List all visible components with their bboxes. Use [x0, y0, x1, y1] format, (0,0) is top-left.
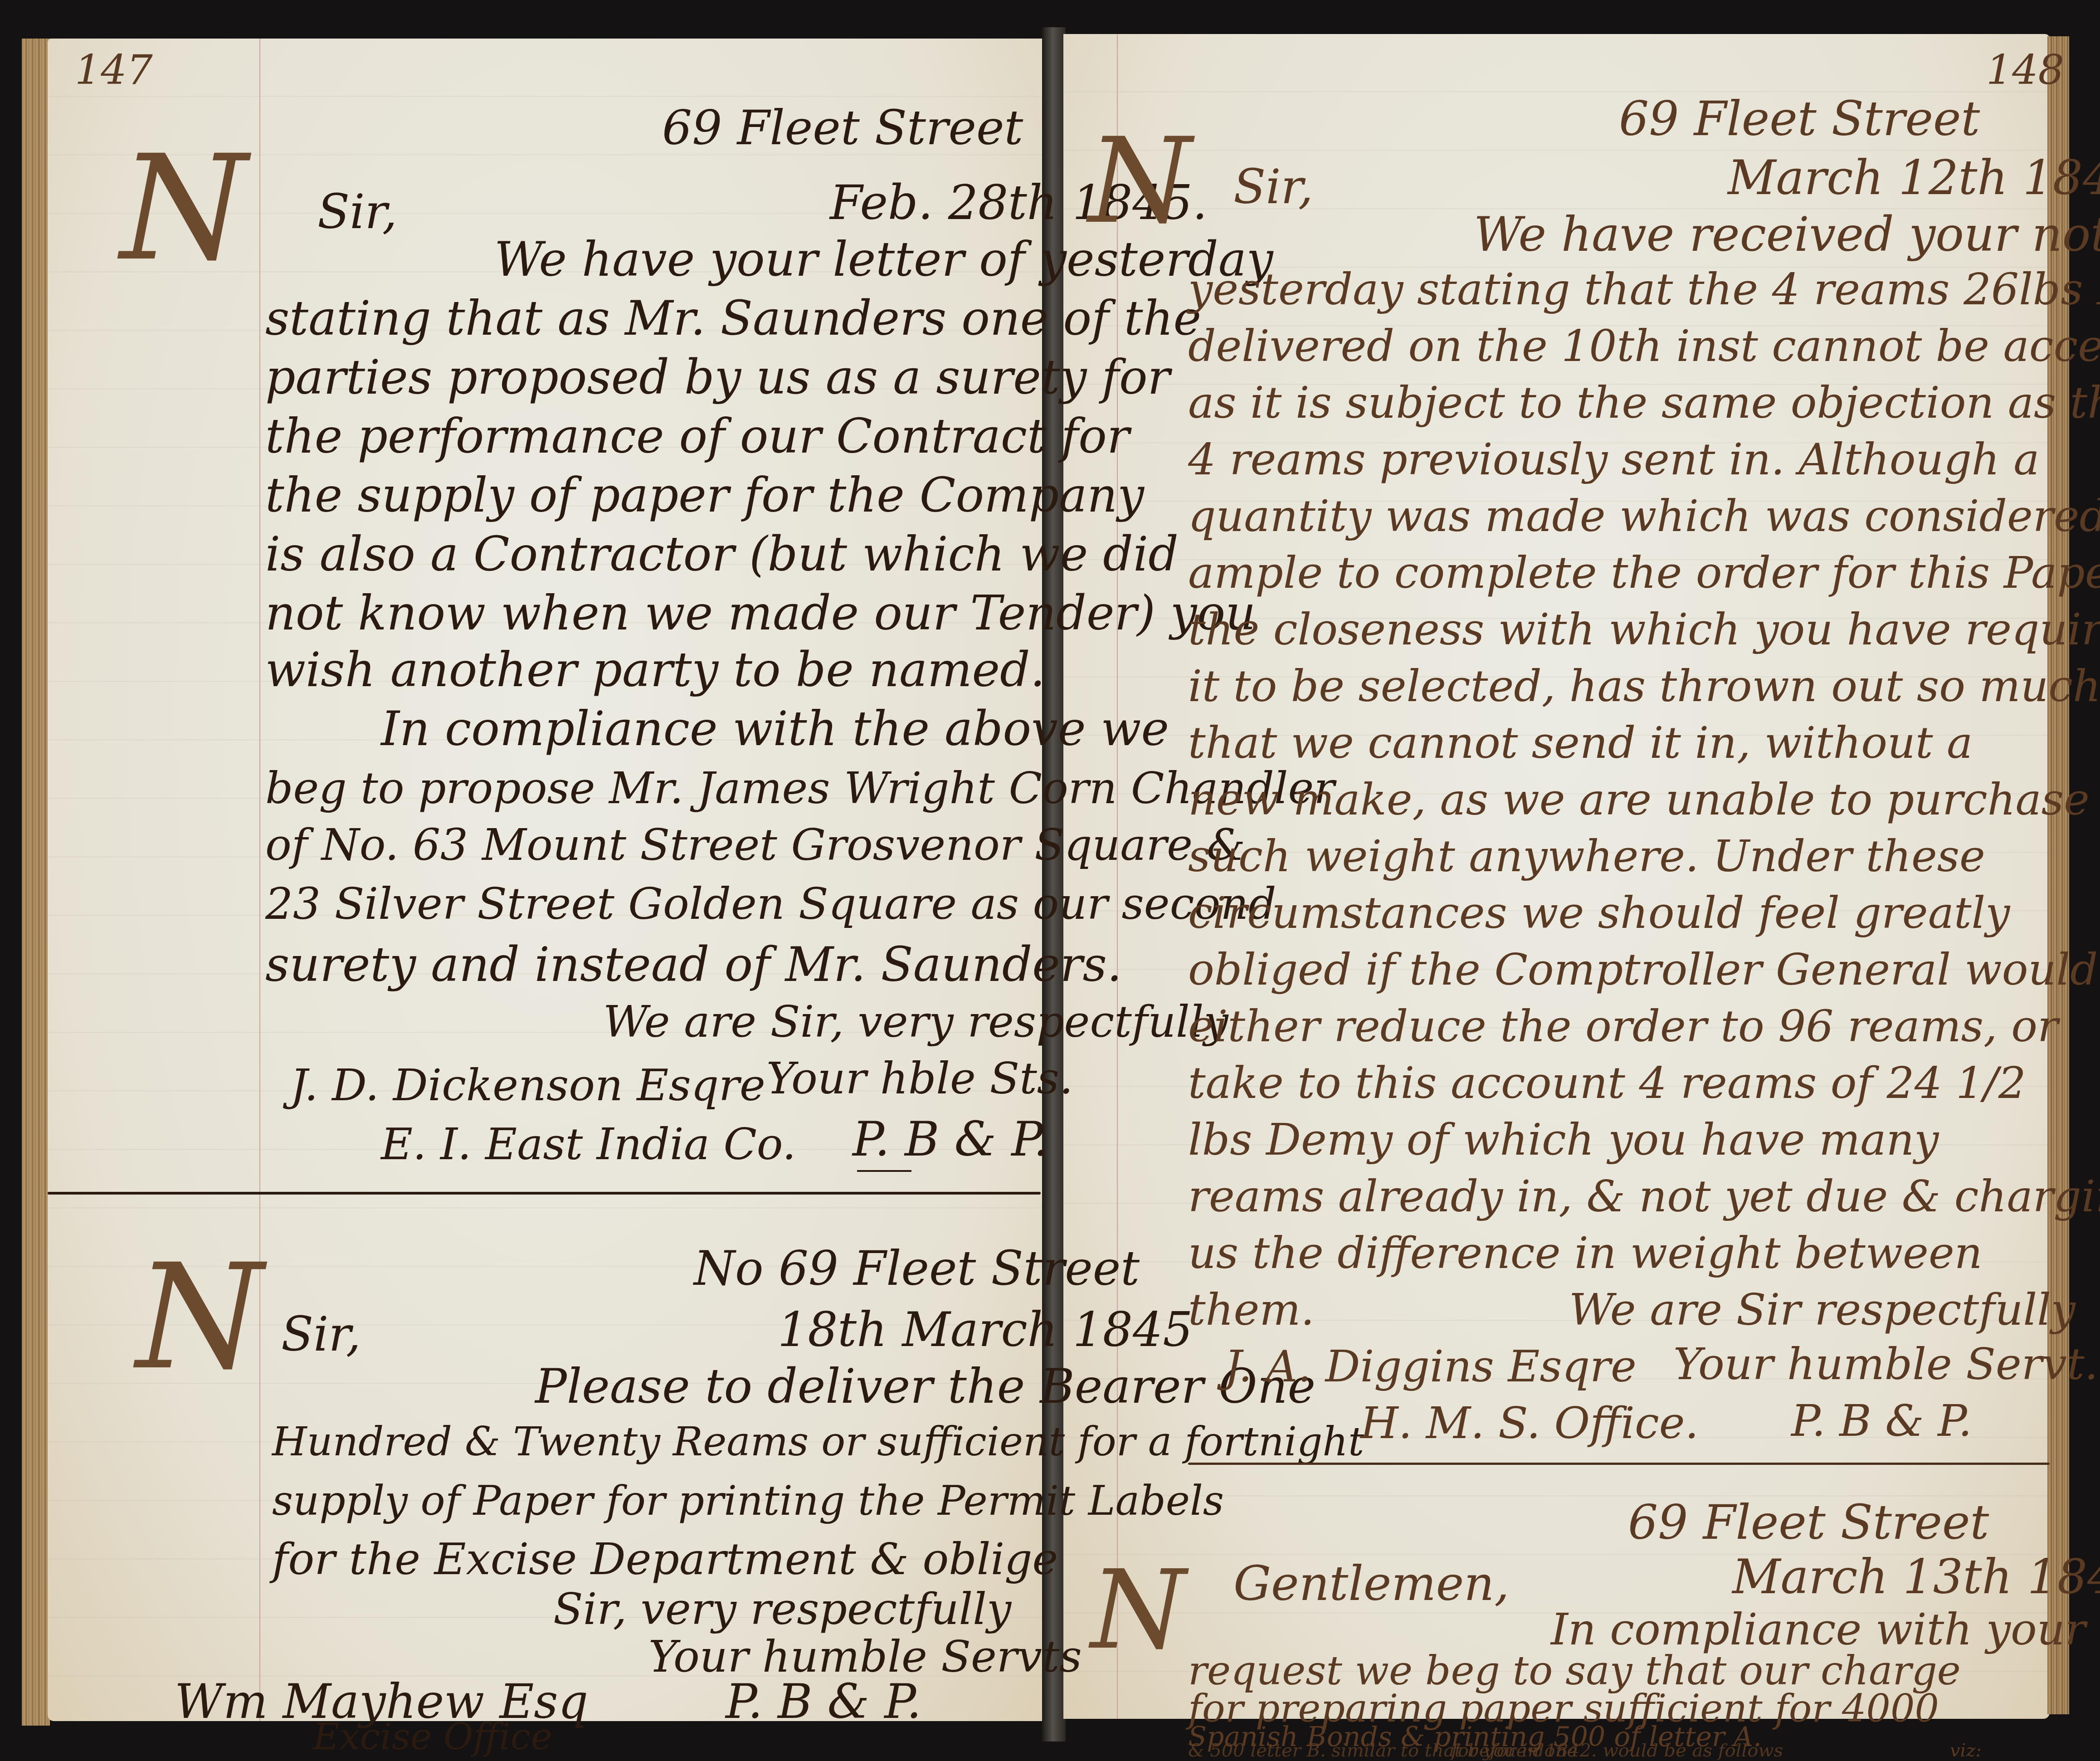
- letter-body-line: obliged if the Comptroller General would: [1188, 948, 2098, 991]
- letter-address: 69 Fleet Street: [1628, 1499, 1989, 1546]
- letter-body-line: is also a Contractor (but which we did: [265, 531, 1179, 578]
- letter-closing-servant: Your humble Servt.: [1673, 1342, 2098, 1386]
- letter-closing: We are Sir respectfully: [1569, 1288, 2076, 1332]
- letter-address: 69 Fleet Street: [1619, 95, 1980, 142]
- letter-date: 18th March 1845: [778, 1306, 1193, 1353]
- letter-body-line: lbs Demy of which you have many: [1188, 1118, 1939, 1161]
- letter-salutation: Sir,: [317, 188, 397, 235]
- letter-body-line: them.: [1188, 1288, 1315, 1332]
- letter-salutation: Sir,: [281, 1311, 361, 1358]
- recipient-organization: H. M. S. Office.: [1360, 1401, 1699, 1445]
- signature: P. B & P.: [853, 1116, 1048, 1163]
- letter-salutation: Sir,: [1233, 163, 1313, 210]
- letter-body-line: delivered on the 10th inst cannot be acc…: [1188, 324, 2100, 368]
- letter-body-line: take to this account 4 reams of 24 1/2: [1188, 1061, 2026, 1105]
- letter-body-line: supply of Paper for printing the Permit …: [272, 1481, 1224, 1522]
- letter-body-line: 23 Silver Street Golden Square as our se…: [265, 882, 1277, 926]
- letter-address: No 69 Fleet Street: [694, 1245, 1140, 1292]
- letter-body-line: Please to deliver the Bearer One: [535, 1363, 1316, 1410]
- letter-closing: Sir, very respectfully: [553, 1587, 1011, 1631]
- check-mark-icon: N: [1091, 1556, 1186, 1664]
- letter-body-line: yesterday stating that the 4 reams 26lbs…: [1188, 268, 2100, 311]
- signature-flourish: [857, 1170, 911, 1172]
- letter-body-line: it to be selected, has thrown out so muc…: [1188, 664, 2100, 708]
- check-mark-icon: N: [136, 1245, 263, 1390]
- letter-body-line: that we cannot send it in, without a: [1188, 721, 1973, 765]
- letter-address: 69 Fleet Street: [662, 104, 1023, 151]
- left-page-edges: [22, 39, 50, 1726]
- letter-closing: We are Sir, very respectfully: [603, 1000, 1228, 1044]
- letter-body-line: ample to complete the order for this Pap…: [1188, 551, 2100, 595]
- letter-body-line: circumstances we should feel greatly: [1188, 891, 2010, 935]
- letter-body-line: 4 reams previously sent in. Although a: [1188, 438, 2039, 481]
- letter-salutation: Gentlemen,: [1233, 1560, 1509, 1607]
- letter-body-line: quantity was made which was considered: [1188, 494, 2100, 538]
- letter-date: March 12th 1845.: [1728, 154, 2100, 201]
- letter-body-line: beg to propose Mr. James Wright Corn Cha…: [265, 766, 1335, 810]
- letter-body-line: new make, as we are unable to purchase: [1188, 778, 2090, 821]
- letter-body-line: the performance of our Contract for: [265, 413, 1130, 460]
- letter-body-line: such weight anywhere. Under these: [1188, 834, 1985, 878]
- letter-body-line: In compliance with the above we: [381, 705, 1169, 752]
- letter-body-line: In compliance with your: [1551, 1608, 2085, 1651]
- recipient-organization: Excise Office: [313, 1719, 552, 1755]
- page-number-right: 148: [1986, 50, 2064, 91]
- letter-body-line: request we beg to say that our charge: [1188, 1651, 1961, 1691]
- letter-date: March 13th 1845.: [1732, 1553, 2100, 1600]
- check-mark-icon: N: [120, 136, 247, 281]
- letter-body-line: parties proposed by us as a surety for: [265, 354, 1170, 401]
- recipient-organization: E. I. East India Co.: [381, 1122, 796, 1166]
- letter-closing-servant: Your hble Sts.: [766, 1057, 1073, 1100]
- letter-body-line: not know when we made our Tender) you: [265, 590, 1256, 637]
- letter-body-line: wish another party to be named.: [265, 646, 1045, 693]
- left-margin-rule: [259, 39, 260, 1721]
- letter-body-line: the supply of paper for the Company: [265, 472, 1144, 519]
- letter-body-line: We have received your note of: [1474, 211, 2100, 258]
- page-number-left: 147: [75, 50, 153, 91]
- letter-body-line: as it is subject to the same objection a…: [1188, 381, 2100, 424]
- letter-divider: [48, 1192, 1041, 1195]
- letter-body-line: reams already in, & not yet due & chargi…: [1188, 1175, 2100, 1218]
- letter-body-line: either reduce the order to 96 reams, or: [1188, 1005, 2058, 1048]
- signature: P. B & P.: [1791, 1399, 1972, 1443]
- check-mark-icon: N: [1088, 122, 1192, 240]
- letter-body-line: us the difference in weight between: [1188, 1231, 1983, 1275]
- letter-body-line: the closeness with which you have requir…: [1188, 608, 2100, 651]
- letter-divider: [1188, 1463, 2050, 1465]
- letter-body-line: stating that as Mr. Saunders one of the: [265, 295, 1201, 342]
- letter-trailing: viz:: [1950, 1741, 1982, 1760]
- letter-body-line: of No. 63 Mount Street Grosvenor Square …: [265, 823, 1245, 867]
- recipient-name: J. D. Dickenson Esqre: [290, 1063, 765, 1107]
- letter-body-line: Hundred & Twenty Reams or sufficient for…: [272, 1422, 1364, 1462]
- signature: P. B & P.: [726, 1678, 921, 1725]
- letter-body-line: for the Excise Department & oblige: [272, 1537, 1058, 1581]
- letter-body-line: for you in 1842. would be as follows: [1451, 1741, 1783, 1760]
- recipient-name: J. A. Diggins Esqre: [1224, 1345, 1637, 1388]
- letter-body-line: surety and instead of Mr. Saunders.: [265, 941, 1122, 988]
- letter-closing-servant: Your humble Servts: [648, 1635, 1082, 1678]
